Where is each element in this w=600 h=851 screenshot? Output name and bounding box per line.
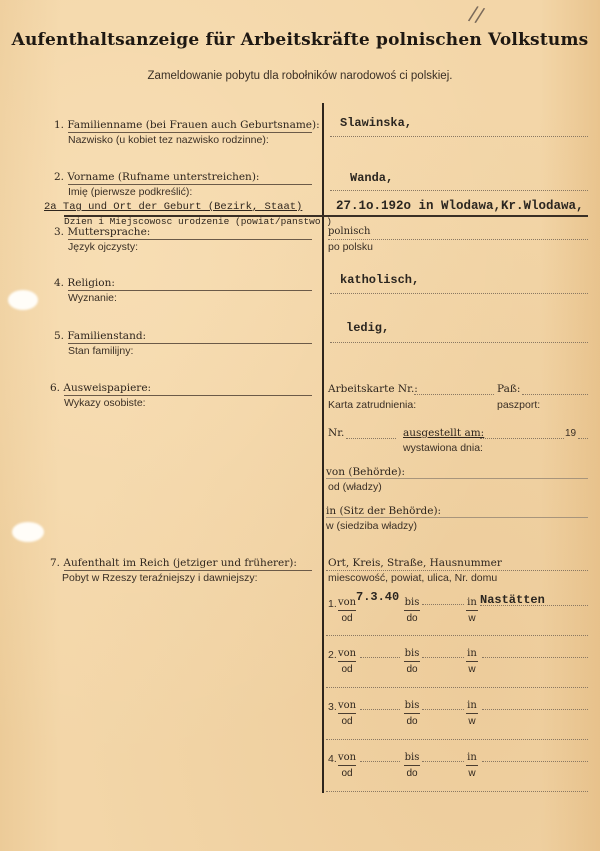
firstname-label-de: 2. Vorname (Rufname unterstreichen): — [54, 171, 259, 183]
residence-entry-from-value[interactable]: 7.3.40 — [356, 590, 399, 604]
workcard-field[interactable] — [414, 394, 494, 395]
mothertongue-value-pl[interactable]: po polsku — [328, 241, 373, 253]
residence-entry-place-line — [480, 605, 588, 606]
residence-entry-number: 4. — [328, 753, 337, 765]
firstname-value-line — [330, 190, 588, 191]
residence-entry-line2[interactable] — [326, 687, 588, 688]
to-label: bisdo — [404, 649, 420, 675]
document-number-field[interactable] — [346, 438, 396, 439]
from-label: vonod — [338, 701, 356, 727]
residence-entry-from-field[interactable] — [360, 709, 400, 710]
religion-value[interactable]: katholisch, — [340, 273, 419, 287]
form-subtitle: Zameldowanie pobytu dla robołników narod… — [0, 70, 600, 82]
mothertongue-label-de: 3. Muttersprache: — [54, 226, 150, 238]
surname-label-de: 1. Familienname (bei Frauen auch Geburts… — [54, 119, 320, 131]
residence-entry-from-field[interactable] — [360, 657, 400, 658]
surname-value[interactable]: Slawinska, — [340, 116, 412, 130]
from-label: vonod — [338, 598, 356, 624]
workcard-label-de: Arbeitskarte Nr.: — [328, 383, 418, 395]
residence-entry-to-field[interactable] — [422, 657, 464, 658]
residence-entry-line2[interactable] — [326, 739, 588, 740]
residence-entry-to-field[interactable] — [422, 709, 464, 710]
authority-seat-label-de: in (Sitz der Behörde): — [326, 505, 441, 517]
passport-label-pl: paszport: — [497, 399, 540, 411]
authority-label-de: von (Behörde): — [326, 466, 405, 478]
authority-line[interactable] — [326, 478, 588, 479]
maritalstatus-label-pl: Stan familijny: — [68, 345, 133, 357]
column-divider — [322, 103, 324, 793]
mothertongue-label-underline — [68, 239, 312, 240]
residence-entry-number: 1. — [328, 598, 337, 610]
residence-entry-to-field[interactable] — [422, 604, 464, 605]
residence-header-line — [326, 570, 588, 571]
in-label: inw — [466, 753, 478, 779]
residence-header-pl: miescowość, powiat, ulica, Nr. domu — [328, 572, 497, 584]
surname-label-pl: Nazwisko (u kobiet tez nazwisko rodzinne… — [68, 134, 269, 146]
residence-entry-place-field[interactable] — [482, 709, 588, 710]
maritalstatus-value-line — [330, 342, 588, 343]
religion-label-pl: Wyznanie: — [68, 292, 117, 304]
firstname-label-underline — [68, 184, 312, 185]
passport-field[interactable] — [522, 394, 588, 395]
maritalstatus-value[interactable]: ledig, — [346, 321, 389, 335]
in-label: inw — [466, 701, 478, 727]
paper-stain — [12, 522, 44, 542]
firstname-label-pl: Imię (pierwsze podkreślić): — [68, 186, 192, 198]
residence-entry-number: 3. — [328, 701, 337, 713]
idpapers-label-underline — [64, 395, 312, 396]
residence-label-underline — [64, 570, 312, 571]
residence-entry-place-field[interactable] — [482, 657, 588, 658]
in-label: inw — [466, 598, 478, 624]
in-label: inw — [466, 649, 478, 675]
religion-label-de: 4. Religion: — [54, 277, 115, 289]
mothertongue-label-pl: Język ojczysty: — [68, 241, 138, 253]
authority-seat-line[interactable] — [326, 517, 588, 518]
issued-date-field[interactable] — [480, 438, 564, 439]
birth-label-de: 2a Tag und Ort der Geburt (Bezirk, Staat… — [44, 201, 302, 213]
issued-year-prefix: 19 — [565, 428, 576, 439]
from-label: vonod — [338, 649, 356, 675]
residence-header-de: Ort, Kreis, Straße, Hausnummer — [328, 557, 502, 569]
maritalstatus-label-de: 5. Familienstand: — [54, 330, 146, 342]
form-title: Aufenthaltsanzeige für Arbeitskräfte pol… — [0, 30, 600, 50]
workcard-label-pl: Karta zatrudnienia: — [328, 399, 416, 411]
issued-year-field[interactable] — [578, 438, 588, 439]
religion-value-line — [330, 293, 588, 294]
residence-entry-to-field[interactable] — [422, 761, 464, 762]
issued-label-pl: wystawiona dnia: — [403, 442, 483, 454]
surname-label-underline — [68, 132, 312, 133]
surname-value-line — [330, 136, 588, 137]
maritalstatus-label-underline — [68, 343, 312, 344]
firstname-value[interactable]: Wanda, — [350, 171, 393, 185]
mothertongue-value-de[interactable]: polnisch — [328, 226, 370, 237]
residence-entry-from-field[interactable] — [360, 761, 400, 762]
residence-entry-line2[interactable] — [326, 791, 588, 792]
authority-label-pl: od (władzy) — [328, 481, 382, 493]
residence-entry-place-field[interactable] — [482, 761, 588, 762]
to-label: bisdo — [404, 753, 420, 779]
passport-label-de: Paß: — [497, 383, 520, 395]
idpapers-label-de: 6. Ausweispapiere: — [50, 382, 151, 394]
residence-label-de: 7. Aufenthalt im Reich (jetziger und frü… — [50, 557, 297, 569]
residence-entry-number: 2. — [328, 649, 337, 661]
document-number-label: Nr. — [328, 427, 344, 439]
from-label: vonod — [338, 753, 356, 779]
to-label: bisdo — [404, 598, 420, 624]
pencil-mark: // — [467, 1, 486, 28]
idpapers-label-pl: Wykazy osobiste: — [64, 397, 146, 409]
issued-label-de: ausgestellt am: — [403, 427, 484, 439]
religion-label-underline — [68, 290, 312, 291]
to-label: bisdo — [404, 701, 420, 727]
authority-seat-label-pl: w (siedziba władzy) — [326, 520, 417, 532]
residence-entry-line2[interactable] — [326, 635, 588, 636]
paper-stain — [8, 290, 38, 310]
residence-label-pl: Pobyt w Rzeszy teraźniejszy i dawniejszy… — [62, 572, 258, 584]
mothertongue-value-line — [328, 239, 588, 240]
birth-value[interactable]: 27.1o.192o in Wlodawa,Kr.Wlodawa, — [336, 199, 584, 213]
